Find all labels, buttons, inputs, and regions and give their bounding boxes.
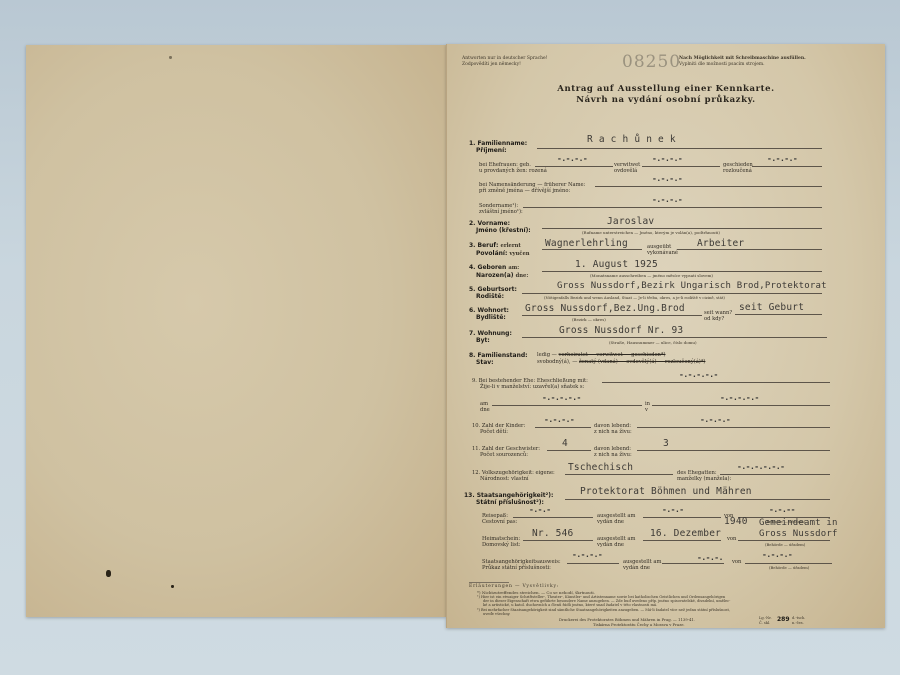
serial-number: 08250 <box>622 52 681 72</box>
dwelling-label: 7. Wohnung:Byt: <box>469 330 512 344</box>
marriage-place-label: inv <box>645 401 650 413</box>
home-date-value: 16. Dezember <box>650 528 721 539</box>
passport-by-value: -.-.-- <box>769 505 795 514</box>
surname-value: R a c h ů n e k <box>587 134 676 145</box>
citizenship-value: Protektorat Böhmen und Mähren <box>580 486 752 497</box>
former-name-label: bei Namensänderung — früherer Name:při z… <box>479 182 585 194</box>
nationality-value: Tschechisch <box>568 462 633 473</box>
spouse-nationality-value: -.-.-.-.-.- <box>737 462 784 471</box>
home-date-label: ausgestellt amvydán dne <box>597 536 635 548</box>
residence-label: 6. Wohnort:Bydliště: <box>469 307 509 321</box>
children-label: 10. Zahl der Kinder:Počet dětí: <box>472 423 525 435</box>
home-by-label: von <box>727 536 736 542</box>
citizenship-authority-hint: (Behörde — úřadem) <box>769 565 809 570</box>
children-alive-label: davon lebend:z nich na živu: <box>594 423 632 435</box>
passport-label: Reisepaß:Cestovní pas: <box>482 513 517 525</box>
profession-exercised-value: Arbeiter <box>697 238 744 249</box>
former-name-value: -.-.-.- <box>652 174 682 183</box>
home-certificate-label: Heimatschein:Domovský list: <box>482 536 520 548</box>
birth-date-value: 1. August 1925 <box>575 259 658 270</box>
form-number-labels: Lg.-Nr.Č. skl. <box>759 616 772 625</box>
form-title-cz: Návrh na vydání osobní průkazky. <box>447 95 885 105</box>
answer-note-cz: Zodpovědíti jen německy! <box>462 62 521 67</box>
birthplace-value: Gross Nussdorf,Bezirk Ungarisch Brod,Pro… <box>557 281 827 291</box>
answer-note-de: Antworten nur in deutscher Sprache! <box>462 56 548 61</box>
home-by-value-1: Gemeindeamt in <box>759 518 838 528</box>
profession-exercised-label: ausgeübtvykonávané <box>647 244 678 256</box>
profession-learned-value: Wagnerlehrling <box>545 238 628 249</box>
divorced-label: geschiedenrozloučená <box>723 162 753 174</box>
ink-stain <box>171 585 174 588</box>
profession-label: 3. Beruf: erlerntPovolání: vyučen <box>469 242 530 258</box>
footnote-1c: ké a artistické, u katol. duchovních a č… <box>483 603 657 607</box>
residence-since-value: seit Geburt <box>739 302 804 313</box>
siblings-value: 4 <box>562 438 568 449</box>
marital-status-options: ledig — verheiratet — verwitwet — geschi… <box>537 352 666 358</box>
marriage-date-label: amdne <box>480 401 490 413</box>
footnote-2a: ²) Bei mehrfacher Staatsangehörigkeit si… <box>477 608 730 612</box>
ink-stain <box>169 56 172 59</box>
form-language: d.-tsch.n.-čes. <box>792 616 805 625</box>
left-page-blank <box>26 45 446 617</box>
dwelling-hint: (Straße, Hausnummer — ulice, číslo domu) <box>609 340 697 345</box>
children-value: -.-.-.- <box>544 415 574 424</box>
nationality-label: 12. Volkszugehörigkeit: eigene:Národnost… <box>472 470 555 482</box>
special-name-value: -.-.-.- <box>652 195 682 204</box>
residence-hint: (Bezirk — okres) <box>572 317 606 322</box>
widowed-label: verwitwetovdovělá <box>614 162 640 174</box>
marriage-date-value: -.-.-.-.- <box>542 393 581 402</box>
citizenship-cert-date-label: ausgestellt amvydán dne <box>623 559 661 571</box>
birthplace-label: 5. Geburtsort:Rodiště: <box>469 286 517 300</box>
form-number: 289 <box>777 616 790 623</box>
birth-date-label: 4. Geboren am:Narozen(a) dne: <box>469 264 528 280</box>
home-by-value-2: Gross Nussdorf <box>759 529 838 539</box>
residence-value: Gross Nussdorf,Bez.Ung.Brod <box>525 303 685 314</box>
spouse-nationality-label: des Ehegatten:manželky (manžela): <box>677 470 731 482</box>
maiden-value: -.-.-.- <box>557 154 587 163</box>
first-name-hint: (Rufname unterstreichen — Jméno, kterým … <box>582 230 720 235</box>
footnotes-heading: Erläuterungen — Vysvětlivky: <box>469 584 559 589</box>
passport-date-value: -.-.- <box>662 505 684 514</box>
home-authority-hint: (Behörde — úřadem) <box>765 542 805 547</box>
form-page: Antworten nur in deutscher Sprache! Zodp… <box>446 44 885 628</box>
citizenship-cert-by-label: von <box>732 559 741 565</box>
first-name-value: Jaroslav <box>607 216 654 227</box>
siblings-label: 11. Zahl der Geschwister:Počet sourozenc… <box>472 446 540 458</box>
citizenship-cert-date-value: -.-.-. <box>697 553 723 562</box>
form-title-de: Antrag auf Ausstellung einer Kennkarte. <box>447 84 885 94</box>
maiden-label: bei Ehefrauen: geb.u provdaných žen: roz… <box>479 162 547 174</box>
widowed-value: -.-.-.- <box>652 154 682 163</box>
birth-date-hint: (Monatsname ausschreiben — jméno měsíce … <box>590 273 713 278</box>
passport-value: -.-.- <box>529 505 551 514</box>
surname-label: 1. Familienname:Příjmení: <box>469 140 527 154</box>
citizenship-cert-by-value: -.-.-.- <box>762 550 792 559</box>
citizenship-label: 13. Staatsangehörigkeit²):Státní přísluš… <box>464 492 553 506</box>
marriage-place-value: -.-.-.-.- <box>720 393 759 402</box>
marriage-label: 9. Bei bestehender Ehe: Eheschließung mi… <box>472 378 588 390</box>
birthplace-hint: (Nötigenfalls Bezirk und wenn Ausland, S… <box>544 295 725 300</box>
children-alive-value: -.-.-.- <box>700 415 730 424</box>
home-certificate-value: Nr. 546 <box>532 528 573 539</box>
residence-since-label: seit wann?od kdy? <box>704 310 732 322</box>
first-name-label: 2. Vorname:Jméno (křestní): <box>469 220 531 234</box>
siblings-alive-label: davon lebend:z nich na živu: <box>594 446 632 458</box>
special-name-label: Sondername¹):zvláštní jméno¹): <box>479 203 523 215</box>
marital-status-options-cz: svobodný(á), — ženatý (vdaná) — ovdovělý… <box>537 359 705 365</box>
home-year-value: 1940 <box>724 516 748 527</box>
citizenship-cert-label: Staatsangehörigkeitsausweis:Průkaz státn… <box>482 559 561 571</box>
divorced-value: -.-.-.- <box>767 154 797 163</box>
ink-stain <box>106 570 111 577</box>
printer-cz: Tiskárna Protektorátu Čechy a Morava v P… <box>593 622 685 627</box>
citizenship-cert-value: -.-.-.- <box>572 550 602 559</box>
footnote-2b: uveďe všechny. <box>483 612 510 616</box>
typewriter-note-cz: Vyplniti dle možnosti psacím strojem. <box>679 62 765 67</box>
dwelling-value: Gross Nussdorf Nr. 93 <box>559 325 683 336</box>
typewriter-note-de: Nach Möglichkeit mit Schreibmaschine aus… <box>679 56 806 61</box>
marriage-spouse-value: -.-.-.-.- <box>679 370 718 379</box>
passport-date-label: ausgestellt amvydán dne <box>597 513 635 525</box>
marital-status-label: 8. Familienstand:Stav: <box>469 352 528 366</box>
siblings-alive-value: 3 <box>663 438 669 449</box>
